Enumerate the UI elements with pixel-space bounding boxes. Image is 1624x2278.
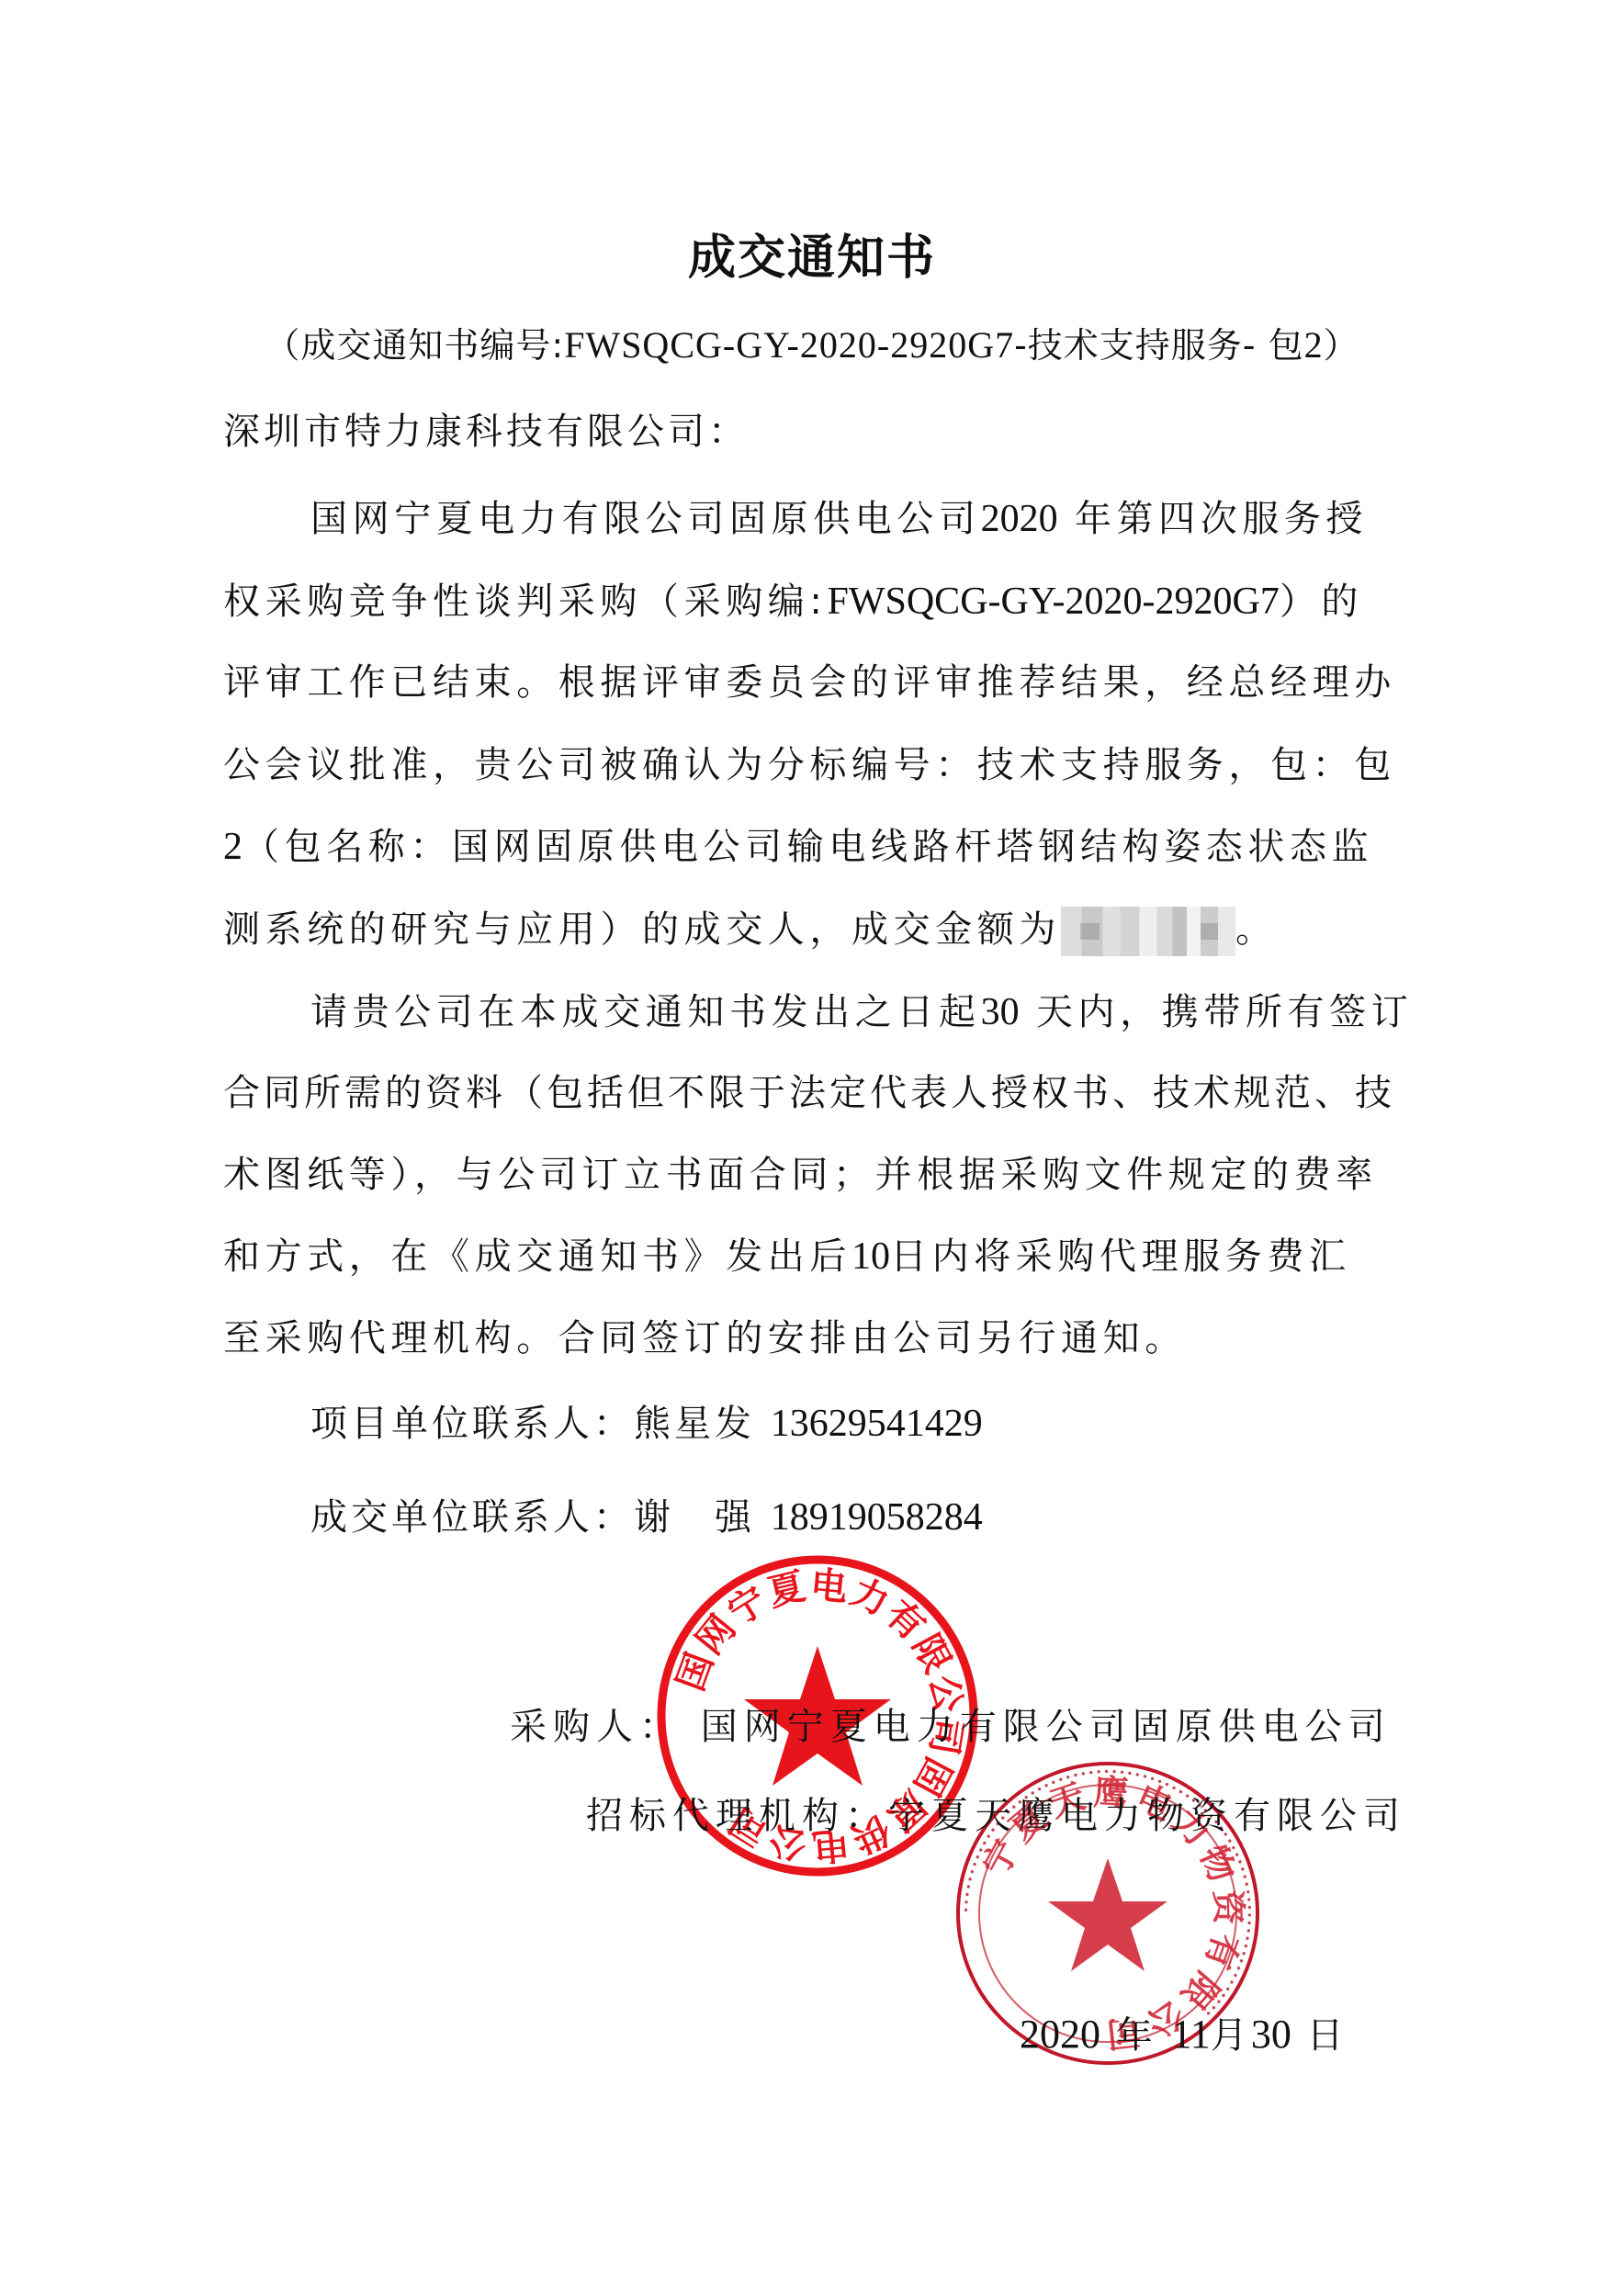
date-day: 30 xyxy=(1251,2012,1291,2057)
paragraph2-line: 术图纸等），与公司订立书面合同；并根据采购文件规定的费率 xyxy=(223,1152,1378,1198)
text: 权采购竞争性谈判采购（采购编: xyxy=(223,581,827,623)
days: 30 xyxy=(981,991,1020,1033)
notice-number: （成交通知书编号:FWSQCG-GY-2020-2920G7-技术支持服务- 包… xyxy=(0,317,1624,367)
contact-name: 谢 强 xyxy=(634,1496,755,1539)
notice-number-code: FWSQCG-GY-2020-2920G7 xyxy=(564,324,1014,366)
notice-number-close: ） xyxy=(1324,325,1359,366)
package-number: 2 xyxy=(223,826,242,868)
text: 天内，携带所有签订 xyxy=(1036,991,1413,1033)
paragraph1-line: 测系统的研究与应用）的成交人，成交金额为。 xyxy=(223,907,1278,956)
contact-name: 熊星发 xyxy=(634,1403,755,1445)
contact-phone: 18919058284 xyxy=(771,1496,983,1539)
paragraph2-line: 请贵公司在本成交通知书发出之日起30 天内，携带所有签订 xyxy=(310,989,1413,1035)
text: 合同所需的资料（包括但不限于法定代表人授权书、技术规范、技 xyxy=(223,1072,1395,1114)
paragraph1-line: 国网宁夏电力有限公司固原供电公司2020 年第四次服务授 xyxy=(310,496,1368,542)
paragraph1-line: 权采购竞争性谈判采购（采购编:FWSQCG-GY-2020-2920G7）的 xyxy=(223,579,1363,625)
paragraph2-line: 和方式，在《成交通知书》发出后10日内将采购代理服务费汇 xyxy=(223,1234,1351,1280)
days: 10 xyxy=(851,1235,890,1278)
procurement-code: FWSQCG-GY-2020-2920G7 xyxy=(827,581,1279,623)
date-month: 11 xyxy=(1171,2012,1210,2057)
text: 国网宁夏电力有限公司固原供电公司 xyxy=(310,498,981,540)
text: 术图纸等），与公司订立书面合同；并根据采购文件规定的费率 xyxy=(223,1154,1378,1196)
notice-number-label: （成交通知书编号: xyxy=(265,325,564,366)
purchaser-line: 采购人： 国网宁夏电力有限公司固原供电公司 xyxy=(510,1697,1392,1750)
text: 年第四次服务授 xyxy=(1075,498,1368,540)
text: ）的 xyxy=(1280,581,1363,623)
date-year-unit: 年 xyxy=(1116,2014,1156,2057)
paragraph1-line: 评审工作已结束。根据评审委员会的评审推荐结果，经总经理办 xyxy=(223,660,1396,705)
paragraph2-line: 合同所需的资料（包括但不限于法定代表人授权书、技术规范、技 xyxy=(223,1070,1395,1116)
agency-label: 招标代理机构： xyxy=(586,1795,888,1837)
text: 日内将采购代理服务费汇 xyxy=(890,1235,1351,1278)
paragraph1-line: 公会议批准，贵公司被确认为分标编号：技术支持服务，包：包 xyxy=(223,742,1396,788)
redacted-amount xyxy=(1061,907,1235,956)
text: 请贵公司在本成交通知书发出之日起 xyxy=(310,991,981,1033)
package-name: （包名称：国网固原供电公司输电线路杆塔钢结构姿态状态监 xyxy=(242,826,1373,868)
text: 评审工作已结束。根据评审委员会的评审推荐结果，经总经理办 xyxy=(223,661,1396,704)
contact-label: 项目单位联系人： xyxy=(310,1403,634,1445)
notice-number-suffix: -技术支持服务- 包 xyxy=(1014,325,1304,366)
contact-phone: 13629541429 xyxy=(771,1403,983,1445)
text: 和方式，在《成交通知书》发出后 xyxy=(223,1235,851,1278)
date-month-unit: 月 xyxy=(1211,2014,1251,2057)
purchaser-label: 采购人： xyxy=(510,1706,682,1748)
text: 。 xyxy=(1235,908,1278,951)
document-title: 成交通知书 xyxy=(0,219,1624,288)
purchaser-name: 国网宁夏电力有限公司固原供电公司 xyxy=(701,1706,1392,1748)
project-contact: 项目单位联系人：熊星发 13629541429 xyxy=(310,1394,983,1447)
agency-name: 宁夏天鹰电力物资有限公司 xyxy=(888,1795,1406,1837)
text: 公会议批准，贵公司被确认为分标编号：技术支持服务，包：包 xyxy=(223,744,1396,786)
year: 2020 xyxy=(981,498,1058,540)
recipient: 深圳市特力康科技有限公司： xyxy=(223,409,749,455)
date-day-unit: 日 xyxy=(1307,2014,1348,2057)
paragraph1-line: 2（包名称：国网固原供电公司输电线路杆塔钢结构姿态状态监 xyxy=(223,824,1373,870)
notice-page: 成交通知书 （成交通知书编号:FWSQCG-GY-2020-2920G7-技术支… xyxy=(0,0,1624,2278)
text: 测系统的研究与应用）的成交人，成交金额为 xyxy=(223,908,1061,951)
winner-contact: 成交单位联系人：谢 强 18919058284 xyxy=(310,1488,983,1540)
issue-date: 2020 年 11月30 日 xyxy=(1020,2006,1348,2058)
paragraph2-line: 至采购代理机构。合同签订的安排由公司另行通知。 xyxy=(223,1315,1187,1361)
contact-label: 成交单位联系人： xyxy=(310,1496,634,1539)
agency-line: 招标代理机构：宁夏天鹰电力物资有限公司 xyxy=(586,1787,1406,1839)
package-number: 2 xyxy=(1304,324,1324,366)
date-year: 2020 xyxy=(1020,2012,1100,2057)
text: 至采购代理机构。合同签订的安排由公司另行通知。 xyxy=(223,1317,1187,1359)
